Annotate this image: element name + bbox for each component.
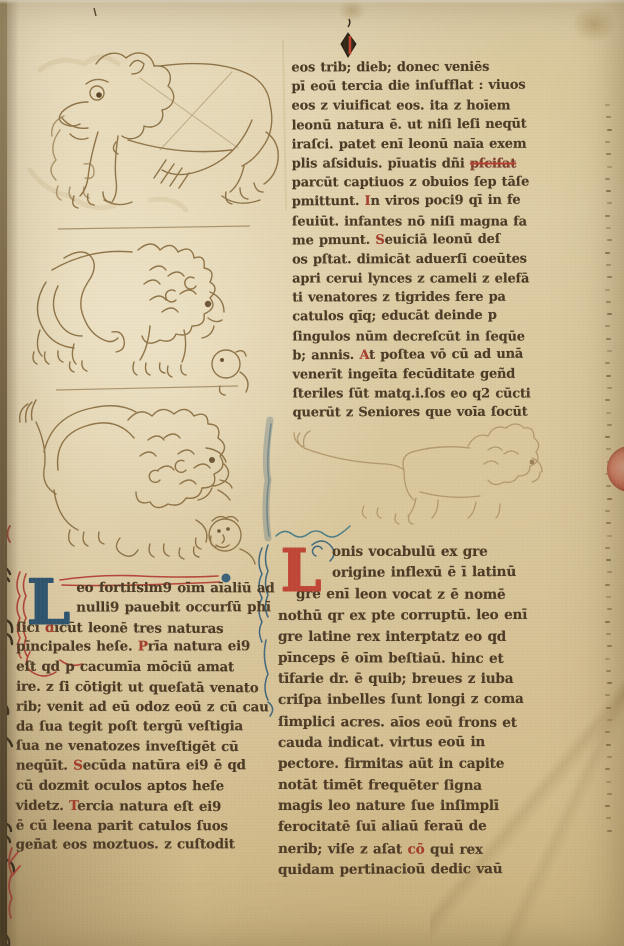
text-line: b; annis. At poſtea vō cū ad unā	[292, 346, 560, 367]
fore-edge-tick	[605, 362, 610, 364]
text-line: pectore. firmitas aūt in capite	[278, 756, 562, 777]
fore-edge-tick	[607, 424, 612, 426]
rubricated-text: S	[375, 232, 384, 247]
illuminated-initial-red-L: L	[280, 536, 321, 604]
text-line: querūt z Seniores que voīa ſocūt	[293, 405, 561, 425]
text-line: iraſci. patet enī leonū naīa exem	[292, 136, 560, 156]
text-segment: ercia natura eſt ei9	[77, 798, 221, 815]
text-segment: eſt qd p cacumīa mōciū amat	[16, 659, 234, 676]
fore-edge-tick	[606, 448, 611, 450]
text-segment: plis aſsiduis. pīuatis dñi	[292, 156, 470, 171]
fore-edge-tick	[606, 412, 611, 414]
text-line: ſteriles ſūt matq.i.ſos eo q2 cūcti	[293, 387, 561, 406]
manuscript-page: eos trib; dieb; donec veniēspī eoū terci…	[0, 0, 624, 946]
fore-edge-tick	[605, 141, 610, 143]
text-line: magis leo nature ſue inſimplī	[278, 798, 562, 819]
text-segment: pectore. firmitas aūt in capite	[278, 756, 504, 772]
text-line: pmittunt. In viros poci9 qī in fe	[292, 193, 560, 214]
text-segment: eo fortiſsim9 oīm aīaliū ad	[76, 580, 274, 597]
fore-edge-tick	[607, 166, 612, 168]
rubricated-text: P	[138, 639, 148, 655]
rubricated-text: T	[69, 798, 77, 814]
text-line: gre latine rex interptatz eo qd	[278, 629, 562, 650]
text-line: apri cerui lynces z cameli z elefā	[292, 272, 560, 291]
fore-edge-tick	[607, 387, 612, 389]
text-line: ire. z ſi cōtigit ut queſatā venato	[16, 679, 268, 700]
fore-edge-tick	[606, 596, 611, 598]
fore-edge-tick	[607, 313, 612, 315]
text-line: cauda indicat. virtus eoū in	[278, 733, 562, 755]
text-line: neqūīt. Secūda natūra ei9 ē qd	[16, 757, 268, 777]
text-segment: nerib; viſe z aſat	[278, 841, 408, 857]
text-segment: t poſtea vō cū ad unā	[369, 346, 523, 362]
text-segment: neqūīt.	[16, 758, 73, 774]
text-segment: euiciā leonū deſ	[384, 232, 500, 248]
text-segment: pīncipales heſe.	[16, 639, 138, 655]
fore-edge-tick	[606, 781, 611, 783]
text-line: criſpa inbelles ſunt longi z coma	[278, 691, 562, 713]
fore-edge-tick	[606, 116, 611, 118]
text-segment: magis leo nature ſue inſimplī	[278, 798, 499, 814]
parchment-crease	[283, 40, 286, 210]
text-segment: onis vocabulū ex gre	[332, 544, 488, 560]
show-through-ghost	[30, 57, 186, 210]
fore-edge-tick	[607, 239, 612, 241]
text-segment: pī eoū tercia die inſufflat : viuos	[291, 78, 525, 95]
text-segment: rib; venit ad eū odoz eoū z cū cau	[16, 698, 269, 715]
fore-edge-tick	[605, 584, 610, 586]
text-line: ferocitatē ſuī aliaū feraū de	[278, 818, 562, 840]
text-line: nerib; viſe z aſat cō qui rex	[278, 841, 562, 863]
text-segment: ire. z ſi cōtigit ut queſatā venato	[16, 679, 259, 697]
text-segment: ſeuiūt. infantes nō niſi magna fa	[292, 214, 527, 229]
rubricated-text: S	[73, 758, 83, 774]
text-line: ſingulos nūm decreſcūt in ſeqūe	[292, 329, 560, 348]
text-line: pī eoū tercia die inſufflat : viuos	[291, 78, 559, 99]
fore-edge-tick	[606, 338, 611, 340]
text-line: da ſua tegit poſt tergū veſtigia	[16, 718, 268, 738]
text-segment: gre latine rex interptatz eo qd	[278, 629, 506, 645]
text-segment: icūt leonē tres naturas	[54, 620, 223, 637]
fore-edge-tick	[606, 485, 611, 487]
text-line: eos z viuificat eos. ita z hoīem	[292, 99, 560, 118]
text-line: videtz. Tercia natura eſt ei9	[16, 797, 268, 818]
fore-edge-tick	[606, 153, 611, 155]
text-line: plis aſsiduis. pīuatis dñi pſciſat	[292, 156, 560, 175]
text-segment: me pmunt.	[292, 233, 375, 249]
text-line: geñat eos moztuos. z cuſtodit	[16, 837, 268, 857]
fore-edge-tick	[605, 399, 610, 401]
text-segment: leonū natura ē. ut niſi leſi neqūt	[292, 116, 527, 133]
fore-edge-tick	[605, 252, 610, 254]
text-segment: catulos qīq; educāt deinde p	[292, 308, 497, 325]
text-segment: nothū qr ex pte corruptū. leo enī	[278, 606, 527, 623]
fore-edge-tick	[607, 350, 612, 352]
fore-edge-tick	[606, 817, 611, 819]
fore-edge-tick	[605, 805, 610, 807]
fore-edge-tick	[607, 276, 612, 278]
text-segment: qui rex	[424, 841, 482, 857]
text-line: rib; venit ad eū odoz eoū z cū cau	[16, 698, 268, 718]
text-line: eos trib; dieb; donec veniēs	[291, 60, 559, 80]
fore-edge-tick	[606, 670, 611, 672]
fore-edge-tick	[605, 436, 610, 438]
text-segment: ē cū leena parit catulos ſuos	[16, 817, 228, 834]
fore-edge-tick	[605, 215, 610, 217]
text-segment: ſingulos nūm decreſcūt in ſeqūe	[292, 329, 524, 344]
text-segment: rīa natura ei9	[148, 639, 250, 655]
text-line: pīncipales heſe. Prīa natura ei9	[16, 639, 268, 659]
text-segment: querūt z Seniores que voīa ſocūt	[293, 405, 528, 421]
binding-edge	[0, 0, 7, 946]
fore-edge-tick	[607, 756, 612, 758]
rubricated-text: pſciſat	[470, 156, 516, 171]
fore-edge-tick	[607, 830, 612, 832]
text-segment: da ſua tegit poſt tergū veſtigia	[16, 718, 243, 734]
text-segment: iraſci. patet enī leonū naīa exem	[292, 136, 527, 152]
text-segment: b; annis.	[292, 348, 359, 364]
text-line: nothū qr ex pte corruptū. leo enī	[278, 606, 562, 628]
text-column-right-upper: eos trib; dieb; donec veniēspī eoū terci…	[291, 60, 560, 425]
text-segment: os pſtat. dimicāt aduerſi coeūtes	[292, 252, 527, 268]
illuminated-initial-blue-L: L	[26, 566, 70, 638]
fore-edge-tick	[607, 793, 612, 795]
text-line: me pmunt. Seuiciā leonū deſ	[292, 231, 560, 252]
text-segment: cū dozmit oculos aptos heſe	[16, 778, 224, 795]
fore-edge-tick	[606, 227, 611, 229]
text-line: ſimplici acres. aīos eoū frons et	[278, 714, 562, 736]
text-line: cū dozmit oculos aptos heſe	[16, 778, 268, 798]
frame-line-lower	[56, 386, 238, 390]
text-segment: eos z viuificat eos. ita z hoīem	[292, 99, 511, 114]
text-line: ē cū leena parit catulos ſuos	[16, 817, 268, 837]
text-line: tīfarie dr. ē quib; breues z iuba	[278, 671, 562, 692]
gutter-shadow	[7, 0, 19, 946]
text-segment: apri cerui lynces z cameli z elefā	[292, 272, 529, 287]
fore-edge-tick	[606, 559, 611, 561]
top-margin-mark	[94, 8, 96, 16]
text-segment: ecūda natūra ei9 ē qd	[83, 757, 246, 773]
text-line: pīnceps ē oīm beſtiaū. hinc et	[278, 650, 562, 672]
text-segment: parcūt captiuos z obuios ſep tāſe	[292, 175, 529, 191]
text-segment: geñat eos moztuos. z cuſtodit	[16, 837, 235, 853]
fore-edge-tick	[605, 731, 610, 733]
fore-edge-tick	[605, 658, 610, 660]
fore-edge-tick	[607, 129, 612, 131]
lion-drawing-right	[294, 424, 542, 524]
text-segment: pīnceps ē oīm beſtiaū. hinc et	[278, 650, 504, 667]
text-segment: quidam pertinacioū dedic vaū	[278, 861, 502, 878]
fore-edge-tick	[607, 682, 612, 684]
text-segment: ferocitatē ſuī aliaū feraū de	[278, 819, 487, 836]
fore-edge-tick	[606, 190, 611, 192]
frame-line-upper	[58, 226, 250, 229]
text-segment: ſteriles ſūt matq.i.ſos eo q2 cūcti	[293, 387, 531, 402]
fore-edge-tick	[606, 522, 611, 524]
text-segment: gre enī leon vocat z ē nomē	[296, 586, 506, 603]
fore-edge-tick	[606, 707, 611, 709]
text-segment: pmittunt.	[292, 194, 365, 210]
text-line: notāt timēt frequēter ſigna	[278, 777, 562, 799]
text-line: ſeuiūt. infantes nō niſi magna fa	[292, 214, 560, 233]
fore-edge-tick	[605, 325, 610, 327]
fore-edge-tick	[607, 498, 612, 500]
fore-edge-tick	[607, 608, 612, 610]
fore-edge-tick	[607, 571, 612, 573]
fore-edge-tick	[606, 301, 611, 303]
fore-edge-tick	[605, 547, 610, 549]
text-segment: ſimplici acres. aīos eoū frons et	[278, 714, 517, 731]
text-line: catulos qīq; educāt deinde p	[292, 308, 560, 329]
fore-edge-tick	[606, 375, 611, 377]
lion-drawing-middle	[33, 244, 248, 395]
fore-edge-tick	[606, 744, 611, 746]
text-segment: n viros poci9 qī in fe	[370, 193, 520, 209]
text-line: eſt qd p cacumīa mōciū amat	[16, 659, 268, 679]
fore-edge-tick	[605, 104, 610, 106]
fore-edge-tick	[605, 768, 610, 770]
fore-edge-tick	[605, 621, 610, 623]
fore-edge-tick	[607, 202, 612, 204]
fore-edge-tick	[605, 178, 610, 180]
text-segment: nulli9 pauebit occurſū phī	[76, 599, 271, 615]
text-segment: criſpa inbelles ſunt longi z coma	[278, 691, 524, 708]
lion-drawing-bottom	[20, 400, 255, 564]
text-segment: notāt timēt frequēter ſigna	[278, 777, 482, 794]
text-segment: videtz.	[16, 797, 69, 813]
fore-edge-tick	[607, 535, 612, 537]
rubricated-text: A	[359, 348, 369, 363]
text-line: venerīt ingeīta fecūditate geñd	[292, 367, 560, 387]
text-line: os pſtat. dimicāt aduerſi coeūtes	[292, 251, 560, 271]
text-segment: ſua ne venatozes inveſtigēt cū	[16, 738, 239, 755]
fore-edge-tick	[605, 289, 610, 291]
text-line: ſua ne venatozes inveſtigēt cū	[16, 738, 268, 759]
text-segment: origine inflexū ē ī latinū	[332, 564, 516, 581]
fore-edge-tick	[606, 264, 611, 266]
text-segment: tīfarie dr. ē quib; breues z iuba	[278, 671, 513, 687]
text-segment: ti venatores z tigrides fere pa	[292, 290, 506, 306]
lion-drawing-top	[51, 53, 278, 208]
text-segment: venerīt ingeīta fecūditate geñd	[292, 367, 515, 383]
text-segment: cauda indicat. virtus eoū in	[278, 734, 485, 751]
fore-edge-tick	[605, 694, 610, 696]
quire-mark	[341, 19, 356, 57]
text-segment: eos trib; dieb; donec veniēs	[291, 60, 489, 76]
rubricated-text: cō	[408, 841, 425, 857]
text-line: quidam pertinacioū dedic vaū	[278, 861, 562, 883]
parchment-light-patch	[10, 170, 320, 520]
fore-edge-tick	[605, 510, 610, 512]
parchment-stain	[572, 6, 616, 42]
text-line: leonū natura ē. ut niſi leſi neqūt	[292, 116, 560, 137]
fore-edge-tick	[606, 633, 611, 635]
fore-edge-tick	[607, 645, 612, 647]
fore-edge-tick	[607, 719, 612, 721]
page-top-edge	[0, 0, 624, 4]
